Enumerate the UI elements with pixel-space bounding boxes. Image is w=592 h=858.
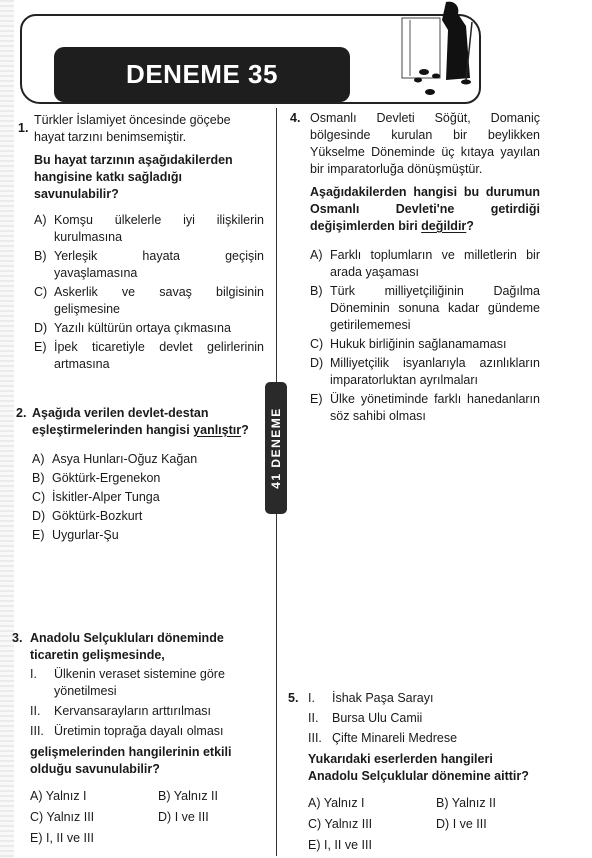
question-prompt: Bu hayat tarzının aşağıdakilerden hangis…	[34, 152, 264, 203]
roman-items: I.İshak Paşa Sarayı II.Bursa Ulu Camii I…	[308, 690, 538, 747]
side-badge: 41 DENEME	[265, 382, 287, 514]
item-ii: II.Bursa Ulu Camii	[308, 710, 538, 727]
option-a[interactable]: A)Asya Hunları-Oğuz Kağan	[32, 451, 266, 468]
question-stem: Osmanlı Devleti Söğüt, Domaniç bölgesind…	[310, 110, 540, 178]
item-i: I.İshak Paşa Sarayı	[308, 690, 538, 707]
option-b[interactable]: B) Yalnız II	[436, 795, 556, 812]
option-e[interactable]: E) I, II ve III	[308, 837, 436, 854]
option-a[interactable]: A) Yalnız I	[30, 788, 158, 805]
item-ii: II.Kervansarayların arttırılması	[30, 703, 264, 720]
option-e[interactable]: E)Ülke yönetiminde farklı hanedanların s…	[310, 391, 540, 425]
option-b[interactable]: B) Yalnız II	[158, 788, 278, 805]
question-4: 4. Osmanlı Devleti Söğüt, Domaniç bölges…	[290, 110, 540, 427]
question-5: 5. I.İshak Paşa Sarayı II.Bursa Ulu Cami…	[288, 690, 538, 854]
options: A)Asya Hunları-Oğuz Kağan B)Göktürk-Erge…	[32, 451, 266, 544]
option-d[interactable]: D) I ve III	[158, 809, 278, 826]
option-c[interactable]: C)Askerlik ve savaş bilgisinin gelişmesi…	[34, 284, 264, 318]
option-c[interactable]: C) Yalnız III	[308, 816, 436, 833]
page-title: DENEME 35	[54, 47, 350, 102]
question-number: 3.	[12, 630, 22, 647]
option-b[interactable]: B)Göktürk-Ergenekon	[32, 470, 266, 487]
question-number: 5.	[288, 690, 298, 707]
question-number: 2.	[16, 405, 26, 422]
option-d[interactable]: D)Göktürk-Bozkurt	[32, 508, 266, 525]
options: A)Komşu ülkelerle iyi ilişkilerin kurulm…	[34, 212, 264, 373]
option-a[interactable]: A)Farklı toplumların ve milletlerin bir …	[310, 247, 540, 281]
option-c[interactable]: C)İskitler-Alper Tunga	[32, 489, 266, 506]
option-d[interactable]: D) I ve III	[436, 816, 556, 833]
question-number: 4.	[290, 110, 300, 127]
question-prompt: Yukarıdaki eserlerden hangileri Anadolu …	[308, 751, 538, 785]
woman-sweeping-icon	[396, 0, 492, 100]
question-3: 3. Anadolu Selçukluları döneminde ticare…	[12, 630, 264, 847]
question-stem: Türkler İslamiyet öncesinde göçebe hayat…	[34, 112, 264, 146]
option-b[interactable]: B)Türk milliyetçiliğinin Dağılma Dönemin…	[310, 283, 540, 334]
option-a[interactable]: A) Yalnız I	[308, 795, 436, 812]
question-number: 1.	[18, 120, 28, 137]
question-stem: Anadolu Selçukluları döneminde ticaretin…	[30, 630, 264, 664]
option-d[interactable]: D)Yazılı kültürün ortaya çıkmasına	[34, 320, 264, 337]
options: A) Yalnız I B) Yalnız II C) Yalnız III D…	[308, 795, 538, 854]
options: A) Yalnız I B) Yalnız II C) Yalnız III D…	[30, 788, 264, 847]
question-prompt: Aşağıdakilerden hangisi bu durumun Osman…	[310, 184, 540, 235]
option-c[interactable]: C) Yalnız III	[30, 809, 158, 826]
roman-items: I.Ülkenin veraset sistemine göre yönetil…	[30, 666, 264, 740]
question-prompt: Aşağıda verilen devlet-destan eşleştirme…	[32, 405, 266, 439]
option-e[interactable]: E)İpek ticaretiyle devlet gelirlerinin a…	[34, 339, 264, 373]
options: A)Farklı toplumların ve milletlerin bir …	[310, 247, 540, 425]
question-1: 1. Türkler İslamiyet öncesinde göçebe ha…	[18, 112, 264, 375]
option-e[interactable]: E)Uygurlar-Şu	[32, 527, 266, 544]
item-i: I.Ülkenin veraset sistemine göre yönetil…	[30, 666, 264, 700]
option-b[interactable]: B)Yerleşik hayata geçişin yavaşlamasına	[34, 248, 264, 282]
item-iii: III.Üretimin toprağa dayalı olması	[30, 723, 264, 740]
item-iii: III.Çifte Minareli Medrese	[308, 730, 538, 747]
question-prompt: gelişmelerinden hangilerinin etkili oldu…	[30, 744, 264, 778]
option-d[interactable]: D)Milliyetçilik isyanlarıyla azınlıkları…	[310, 355, 540, 389]
question-2: 2. Aşağıda verilen devlet-destan eşleşti…	[16, 405, 266, 546]
option-c[interactable]: C)Hukuk birliğinin sağlanamaması	[310, 336, 540, 353]
option-a[interactable]: A)Komşu ülkelerle iyi ilişkilerin kurulm…	[34, 212, 264, 246]
option-e[interactable]: E) I, II ve III	[30, 830, 158, 847]
